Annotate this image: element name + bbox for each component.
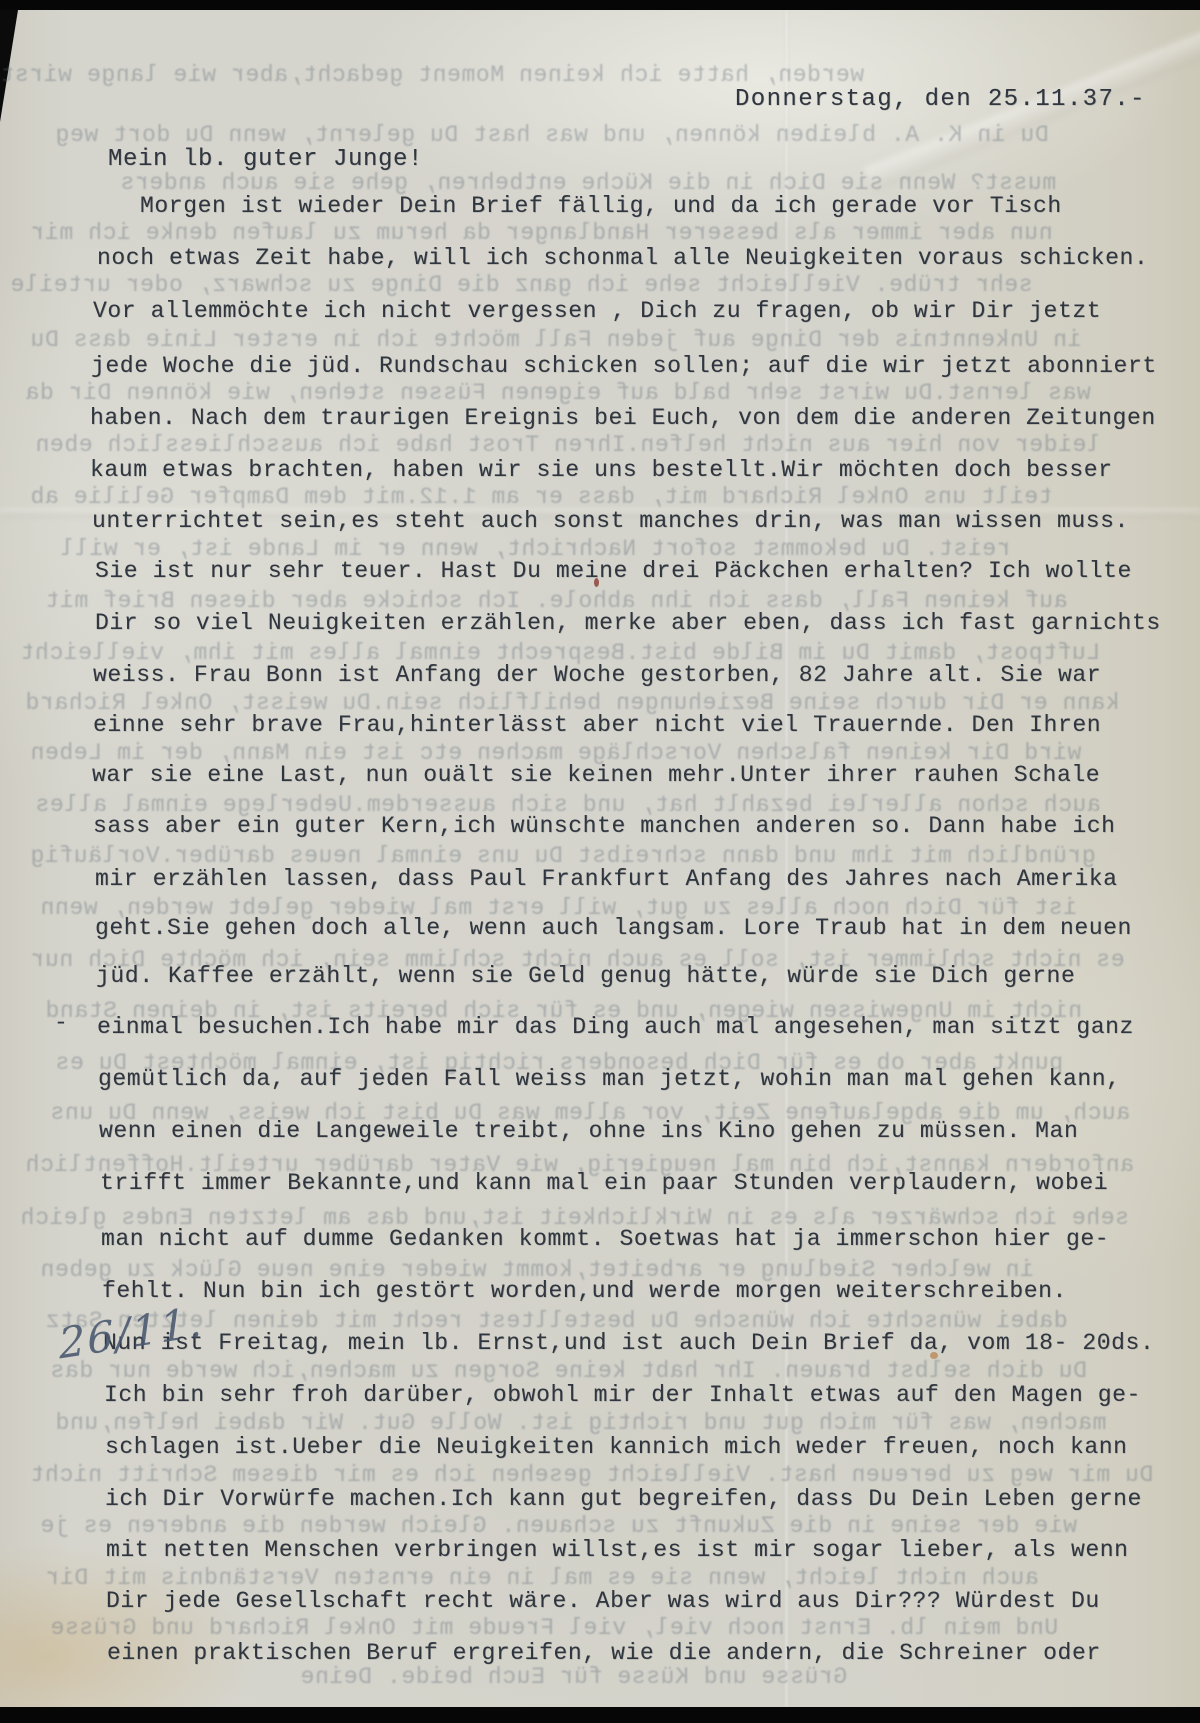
red-ink-speck xyxy=(594,578,599,587)
bleedthrough-line: leider von hier aus nicht helfen.Ihren T… xyxy=(35,432,1101,458)
letter-line: trifft immer Bekannte,und kann mal ein p… xyxy=(100,1170,1108,1196)
bleedthrough-line: Du mir weg zu bereuen hast. Vielleicht g… xyxy=(30,1462,1153,1488)
date-line: Donnerstag, den 25.11.37.- xyxy=(735,86,1146,113)
bleedthrough-line: Du in K. A. bleiben können, und was hast… xyxy=(55,122,1049,148)
bleedthrough-line: sehr trübe. Vielleicht sehe ich ganz die… xyxy=(10,272,1033,298)
letter-line: jüd. Kaffee erzählt, wenn sie Geld genug… xyxy=(96,963,1075,989)
bleedthrough-line: machen, was für mich gut und richtig ist… xyxy=(55,1410,1106,1436)
bleedthrough-line: in Unkenntnis der Dinge auf jeden Fall m… xyxy=(30,327,1081,353)
letter-line: Morgen ist wieder Dein Brief fällig, und… xyxy=(140,193,1062,219)
letter-line: einne sehr brave Frau,hinterlässt aber n… xyxy=(93,712,1101,738)
margin-dash-mark: - xyxy=(54,1010,68,1036)
bleedthrough-line: was lernst.Du wirst sehr bald auf eigene… xyxy=(25,380,1091,406)
letter-line: man nicht auf dumme Gedanken kommt. Soet… xyxy=(101,1226,1109,1252)
letter-line: wenn einen die Langeweile treibt, ohne i… xyxy=(99,1118,1078,1144)
letter-line: kaum etwas brachten, haben wir sie uns b… xyxy=(90,457,1113,483)
letter-line: fehlt. Nun bin ich gestört worden,und we… xyxy=(102,1278,1067,1304)
bleedthrough-line: wie der seine in die Zukunft zu schauen.… xyxy=(40,1513,1077,1539)
letter-line: einmal besuchen.Ich habe mir das Ding au… xyxy=(97,1014,1134,1040)
letter-line: Nun ist Freitag, mein lb. Ernst,und ist … xyxy=(103,1330,1154,1356)
letter-line: unterrichtet sein,es steht auch sonst ma… xyxy=(92,508,1129,534)
letter-line: haben. Nach dem traurigen Ereignis bei E… xyxy=(90,405,1156,431)
letter-line: Dir jede Gesellschaft recht wäre. Aber w… xyxy=(106,1588,1100,1614)
letter-line: schlagen ist.Ueber die Neuigkeiten kanni… xyxy=(105,1434,1128,1460)
salutation: Mein lb. guter Junge! xyxy=(108,146,423,173)
bleedthrough-line: teilt uns Onkel Richard mit, dass er am … xyxy=(30,484,1053,510)
letter-scan: werden, hatte ich keinen Moment gedacht,… xyxy=(0,0,1200,1723)
letter-line: gemütlich da, auf jeden Fall weiss man j… xyxy=(98,1066,1121,1092)
letter-line: ich Dir Vorwürfe machen.Ich kann gut beg… xyxy=(105,1486,1142,1512)
bleedthrough-line: werden, hatte ich keinen Moment gedacht,… xyxy=(0,62,864,88)
letter-line: Sie ist nur sehr teuer. Hast Du meine dr… xyxy=(95,558,1132,584)
letter-line: noch etwas Zeit habe, will ich schonmal … xyxy=(97,245,1148,271)
letter-line: einen praktischen Beruf ergreifen, wie d… xyxy=(107,1640,1101,1666)
letter-line: weiss. Frau Bonn ist Anfang der Woche ge… xyxy=(93,662,1101,688)
letter-line: war sie eine Last, nun ouält sie keinen … xyxy=(92,762,1100,788)
bleedthrough-line: Grüsse und Küsse für Euch beide. Deine xyxy=(300,1664,847,1690)
letter-line: Ich bin sehr froh darüber, obwohl mir de… xyxy=(104,1382,1141,1408)
scanner-edge-top xyxy=(0,0,1200,10)
letter-line: mit netten Menschen verbringen willst,es… xyxy=(106,1537,1129,1563)
bleedthrough-line: Und mein lb. Ernst noch viel, viel Freud… xyxy=(50,1615,1058,1641)
letter-line: Dir so viel Neuigkeiten erzählen, merke … xyxy=(95,610,1161,636)
letter-line: Vor allemmöchte ich nicht vergessen , Di… xyxy=(93,298,1101,324)
orange-stain-speck xyxy=(930,1352,938,1359)
letter-line: sass aber ein guter Kern,ich wünschte ma… xyxy=(93,813,1116,839)
letter-line: jede Woche die jüd. Rundschau schicken s… xyxy=(91,353,1157,379)
bleedthrough-line: nun aber immer als besserer Handlanger d… xyxy=(30,220,1053,246)
letter-line: geht.Sie gehen doch alle, wenn auch lang… xyxy=(95,915,1132,941)
letter-line: mir erzählen lassen, dass Paul Frankfurt… xyxy=(95,866,1118,892)
scanner-edge-bottom xyxy=(0,1707,1200,1723)
bleedthrough-line: Du dich selbst brauen. Ihr habt keine So… xyxy=(50,1358,1087,1384)
